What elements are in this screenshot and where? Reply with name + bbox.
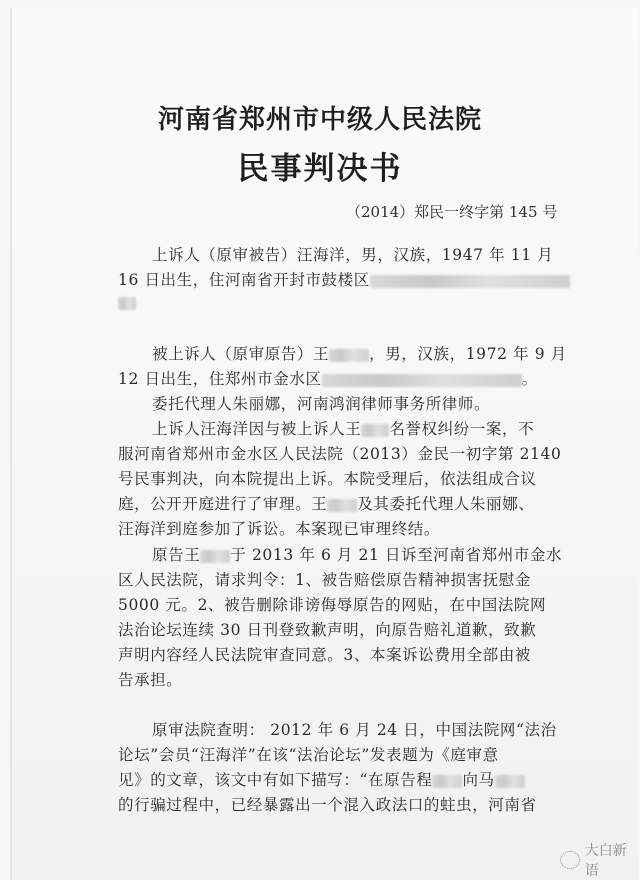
court-name: 河南省郑州市中级人民法院 (0, 99, 640, 136)
line-text: 的行骗过程中，已经暴露出一个混入政法口的蛀虫，河南省 (118, 796, 537, 814)
line-text: 上诉人汪海洋因与被上诉人王 (152, 420, 361, 438)
text-line: 庭，公开开庭进行了审理。王及其委托代理人朱丽娜、 (118, 492, 534, 514)
line-text: 原审法院查明： 2012 年 6 月 24 日，中国法院网“法治 (152, 721, 557, 739)
line-text: 名誉权纠纷一案，不 (389, 420, 534, 438)
text-line: 原审法院查明： 2012 年 6 月 24 日，中国法院网“法治 (152, 718, 557, 740)
line-text: 被上诉人（原审原告）王 (152, 345, 329, 363)
line-text: 服河南省郑州市金水区人民法院（2013）金民一初字第 2140 (118, 445, 561, 463)
text-line: 法治论坛连续 30 日刊登致歉声明，向原告赔礼道歉，致歉 (118, 618, 536, 640)
redacted-text (370, 275, 570, 288)
text-line: 被上诉人（原审原告）王，男，汉族，1972 年 9 月 (152, 342, 567, 364)
document-type-title: 民事判决书 (0, 143, 640, 188)
redacted-text (432, 775, 462, 788)
line-text: 于 2013 年 6 月 21 日诉至河南省郑州市金水 (230, 546, 562, 564)
line-text: 原告王 (152, 546, 200, 564)
text-line: 委托代理人朱丽娜，河南鸿润律师事务所律师。 (152, 392, 490, 414)
line-text: 号民事判决，向本院提出上诉。本院受理后，依法组成合议 (118, 470, 537, 488)
redacted-text (329, 349, 369, 362)
text-line: 服河南省郑州市金水区人民法院（2013）金民一初字第 2140 (118, 442, 561, 464)
line-text: 16 日出生，住河南省开封市鼓楼区 (118, 271, 370, 289)
line-text: 见》的文章，该文中有如下描写：“在原告程 (118, 771, 432, 789)
text-line: 12 日出生，住郑州市金水区。 (118, 367, 538, 389)
redacted-text (495, 775, 525, 788)
line-text: 上诉人（原审被告）汪海洋，男，汉族，1947 年 11 月 (152, 246, 553, 264)
text-line: 号民事判决，向本院提出上诉。本院受理后，依法组成合议 (118, 467, 537, 489)
text-line: 上诉人（原审被告）汪海洋，男，汉族，1947 年 11 月 (152, 243, 553, 265)
line-text: 5000 元。2、被告删除诽谤侮辱原告的网贴，在中国法院网 (118, 596, 546, 614)
redacted-text (327, 499, 357, 512)
line-text: 向马 (462, 771, 494, 789)
watermark-label: 大白新语 (585, 840, 640, 880)
wechat-icon (560, 851, 580, 869)
text-line: 见》的文章，该文中有如下描写：“在原告程向马 (118, 768, 525, 790)
redacted-text (200, 550, 230, 563)
line-text: 12 日出生，住郑州市金水区 (118, 370, 322, 388)
line-text: 法治论坛连续 30 日刊登致歉声明，向原告赔礼道歉，致歉 (118, 621, 536, 639)
watermark: 大白新语 (560, 840, 640, 880)
text-line: 告承担。 (118, 668, 182, 690)
line-text: 区人民法院，请求判令：1、被告赔偿原告精神损害抚慰金 (118, 571, 531, 589)
redacted-text (118, 297, 136, 310)
text-line (118, 293, 136, 311)
text-line: 原告王于 2013 年 6 月 21 日诉至河南省郑州市金水 (152, 543, 562, 565)
text-line: 16 日出生，住河南省开封市鼓楼区 (118, 268, 570, 290)
redacted-text (361, 424, 389, 437)
line-text: 委托代理人朱丽娜，河南鸿润律师事务所律师。 (152, 395, 490, 413)
text-line: 汪海洋到庭参加了诉讼。本案现已审理终结。 (118, 517, 440, 539)
line-text: 论坛”会员“汪海洋”在该“法治论坛”发表题为《庭审意 (118, 746, 499, 764)
line-text: 庭，公开开庭进行了审理。王 (118, 495, 327, 513)
redacted-text (322, 374, 522, 387)
text-line: 的行骗过程中，已经暴露出一个混入政法口的蛀虫，河南省 (118, 793, 537, 815)
text-line: 5000 元。2、被告删除诽谤侮辱原告的网贴，在中国法院网 (118, 593, 546, 615)
line-text: 汪海洋到庭参加了诉讼。本案现已审理终结。 (118, 520, 440, 538)
text-line: 论坛”会员“汪海洋”在该“法治论坛”发表题为《庭审意 (118, 743, 499, 765)
line-text: ，男，汉族，1972 年 9 月 (369, 345, 567, 363)
line-text: 及其委托代理人朱丽娜、 (357, 495, 534, 513)
text-line: 上诉人汪海洋因与被上诉人王名誉权纠纷一案，不 (152, 417, 534, 439)
line-text: 告承担。 (118, 671, 182, 689)
line-text: 。 (522, 370, 538, 388)
text-line: 区人民法院，请求判令：1、被告赔偿原告精神损害抚慰金 (118, 568, 531, 590)
line-text: 声明内容经人民法院审查同意。3、本案诉讼费用全部由被 (118, 646, 531, 664)
text-line: 声明内容经人民法院审查同意。3、本案诉讼费用全部由被 (118, 643, 531, 665)
case-number: （2014）郑民一终字第 145 号 (346, 201, 557, 222)
